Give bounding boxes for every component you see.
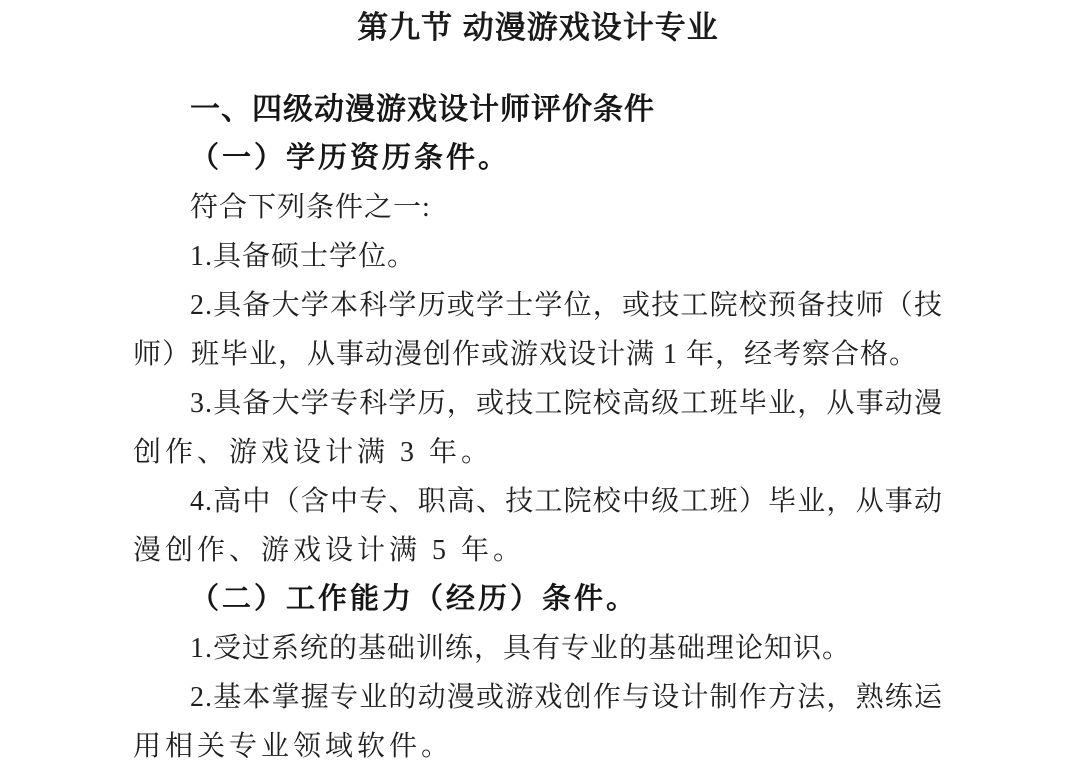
document-line: （二）工作能力（经历）条件。: [133, 575, 943, 624]
document-line: （一）学历资历条件。: [133, 134, 943, 183]
document-line: 3.具备大学专科学历，或技工院校高级工班毕业，从事动漫: [133, 379, 943, 428]
document-content: 第九节 动漫游戏设计专业 一、四级动漫游戏设计师评价条件（一）学历资历条件。符合…: [133, 0, 943, 764]
document-line: 2.基本掌握专业的动漫或游戏创作与设计制作方法，熟练运: [133, 673, 943, 722]
document-line: 师）班毕业，从事动漫创作或游戏设计满 1 年，经考察合格。: [133, 330, 943, 379]
document-line: 1.受过系统的基础训练，具有专业的基础理论知识。: [133, 624, 943, 673]
document-line: 用相关专业领域软件。: [133, 722, 943, 764]
document-line: 符合下列条件之一:: [133, 183, 943, 232]
document-page: 第九节 动漫游戏设计专业 一、四级动漫游戏设计师评价条件（一）学历资历条件。符合…: [0, 0, 1080, 764]
document-line: 4.高中（含中专、职高、技工院校中级工班）毕业，从事动: [133, 477, 943, 526]
document-line: 一、四级动漫游戏设计师评价条件: [133, 85, 943, 134]
page-title: 第九节 动漫游戏设计专业: [133, 6, 943, 50]
document-line: 2.具备大学本科学历或学士学位，或技工院校预备技师（技: [133, 281, 943, 330]
document-line: 漫创作、游戏设计满 5 年。: [133, 526, 943, 575]
document-lines: 一、四级动漫游戏设计师评价条件（一）学历资历条件。符合下列条件之一:1.具备硕士…: [133, 85, 943, 764]
document-line: 创作、游戏设计满 3 年。: [133, 428, 943, 477]
document-line: 1.具备硕士学位。: [133, 232, 943, 281]
